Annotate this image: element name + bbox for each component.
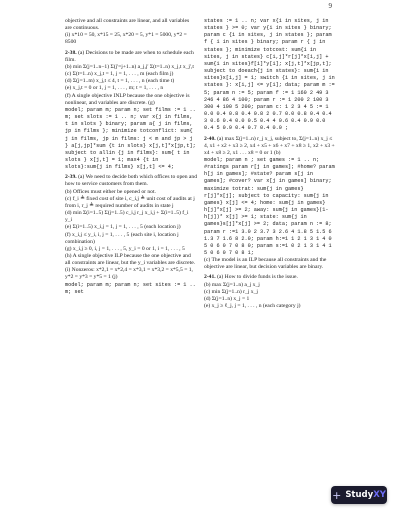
problem-number: 2-41.: [204, 274, 216, 280]
problem-number: 2-39.: [65, 174, 77, 180]
paragraph-text: (a) Decisions to be made are when to sch…: [65, 50, 194, 63]
code-block: model; param m; param n; set films := 1 …: [65, 107, 197, 171]
right-column: states := 1 .. n; var x{i in sites, j in…: [204, 18, 336, 310]
code-block: model; param n ; set games := 1 .. n; #r…: [204, 157, 336, 257]
problem-number: 2-38.: [65, 50, 77, 56]
brand-logo: StudyXY: [345, 490, 386, 500]
left-column: objective and all constraints are linear…: [65, 18, 197, 296]
problem-number: 2-40.: [204, 136, 216, 142]
brand-text-study: Study: [345, 490, 373, 500]
code-block: model; param m; param n; set sites := 1 …: [65, 282, 197, 296]
paragraph: (c) The model is an ILP because all cons…: [204, 257, 336, 271]
paragraph: (i) x*10 = 50, x*15 = 25, x*20 = 5, y*1 …: [65, 32, 197, 46]
paragraph: (f) A single objective INLP because the …: [65, 93, 197, 107]
paragraph-text: (a) How to divide funds is the issue.: [217, 274, 298, 280]
brand-text-xy: XY: [373, 490, 386, 500]
paragraph: (b) max Σ(j=1..n) a_j x_j: [204, 282, 336, 289]
paragraph-text: (a) max Σ(j=1..n) r_j x_j, subject to, Σ…: [204, 136, 335, 156]
problem-2-40: 2-40. (a) max Σ(j=1..n) r_j x_j, subject…: [204, 136, 336, 157]
paragraph: (h) A single objective ILP because the o…: [65, 253, 197, 267]
paragraph: (c) f_i ≜ fixed cost of site i, c_i,j ≜ …: [65, 196, 197, 210]
paragraph: (c) min Σ(j=1..n) r_j x_j: [204, 289, 336, 296]
paragraph: (i) Nonzeros: x*2,1 = x*2,4 = x*3,1 = x*…: [65, 267, 197, 281]
paragraph: (e) x_j,t = 0 or 1, j = 1, . . . , m; t …: [65, 85, 197, 92]
paragraph: (f) x_i,j ≤ y_i, i, j = 1, . . . , 5 (ea…: [65, 232, 197, 246]
paragraph: (g) x_i,j ≥ 0, i, j = 1, . . . , 5, y_i …: [65, 246, 197, 253]
problem-2-41: 2-41. (a) How to divide funds is the iss…: [204, 274, 336, 281]
code-block: states := 1 .. n; var x{i in sites, j in…: [204, 18, 336, 133]
paragraph: (b) Offices must either be opened or not…: [65, 189, 197, 196]
paragraph: (d) min Σ(i=1..5) Σ(j=1..5) c_i,j r_j x_…: [65, 210, 197, 224]
problem-2-39: 2-39. (a) We need to decide both which o…: [65, 174, 197, 188]
paragraph-text: (a) We need to decide both which offices…: [65, 174, 197, 187]
page-number: 9: [329, 2, 333, 10]
paragraph: (e) Σ(i=1..5) x_i,j = 1, j = 1, . . . , …: [65, 224, 197, 231]
paragraph: objective and all constraints are linear…: [65, 18, 197, 32]
problem-2-38: 2-38. (a) Decisions to be made are when …: [65, 50, 197, 64]
paragraph: (e) x_j ≥ ℓ_j, j = 1, . . . , n (each ca…: [204, 303, 336, 310]
studyxy-badge-button[interactable]: + StudyXY: [331, 486, 387, 504]
plus-icon: +: [332, 490, 341, 501]
